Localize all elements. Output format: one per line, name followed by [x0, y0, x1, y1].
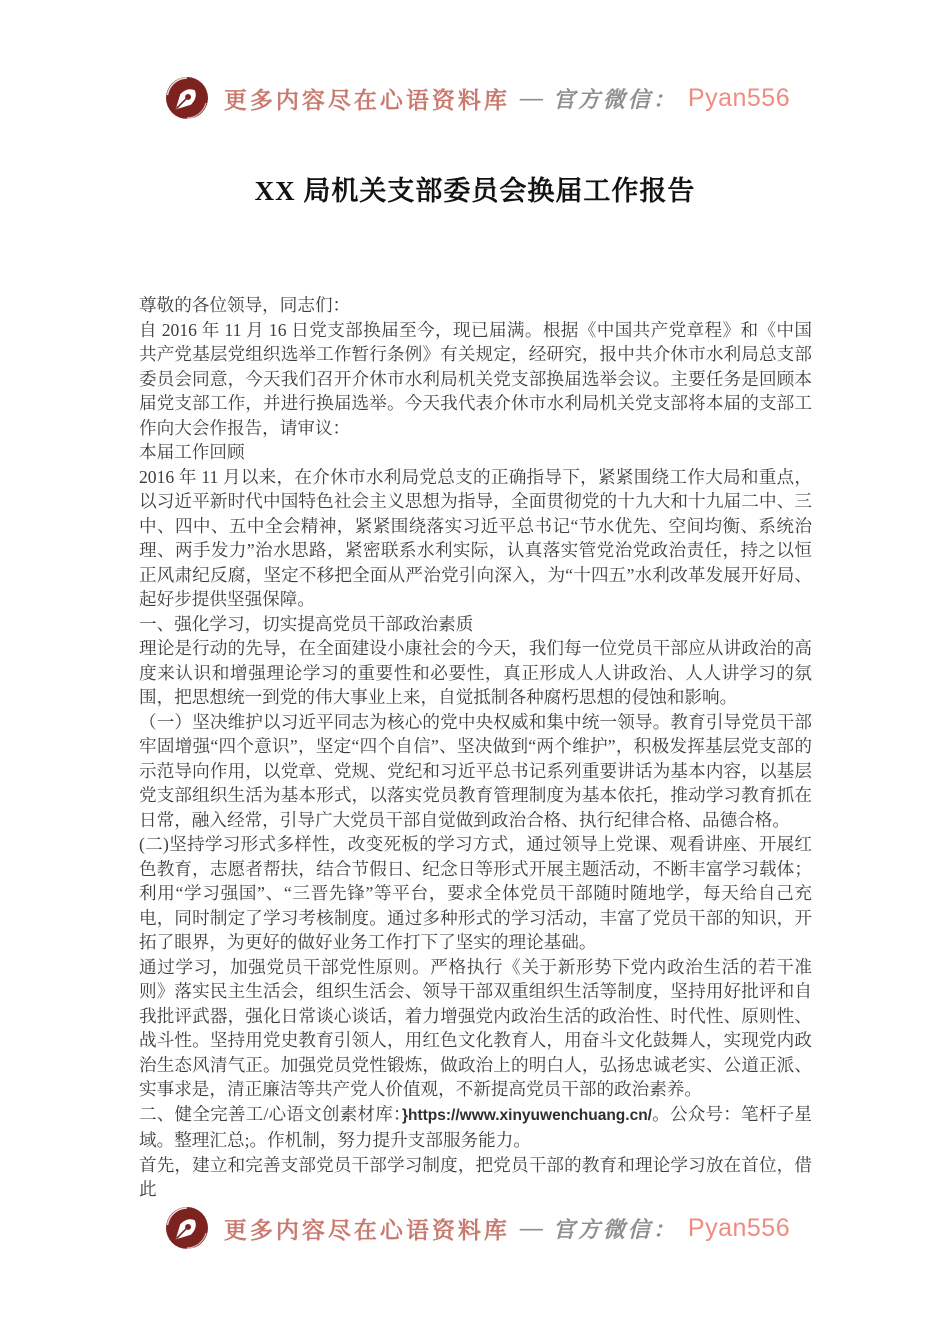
watermark-dash: —	[520, 1215, 543, 1241]
paragraph-one-item-1: （一）坚决维护以习近平同志为核心的党中央权威和集中统一领导。教育引导党员干部牢固…	[139, 710, 812, 833]
watermark-text: 更多内容尽在心语资料库	[224, 1212, 510, 1245]
pen-nib-logo-icon	[160, 70, 214, 126]
paragraph-one-item-3: 通过学习，加强党员干部党性原则。严格执行《关于新形势下党内政治生活的若干准则》落…	[139, 955, 812, 1102]
wechat-id: Pyan556	[688, 84, 790, 113]
watermark-text: 更多内容尽在心语资料库	[224, 82, 510, 115]
paragraph-section-one-heading: 一、强化学习，切实提高党员干部政治素质	[139, 612, 812, 637]
document-body: 尊敬的各位领导，同志们： 自 2016 年 11 月 16 日党支部换届至今，现…	[139, 293, 812, 1202]
watermark-dash: —	[520, 85, 543, 111]
paragraph-first-measure: 首先，建立和完善支部党员干部学习制度，把党员干部的教育和理论学习放在首位，借此	[139, 1153, 812, 1202]
paragraph-section-two: 二、健全完善工/心语文创素材库：}https://www.xinyuwenchu…	[139, 1102, 812, 1153]
paragraph-intro: 自 2016 年 11 月 16 日党支部换届至今，现已届满。根据《中国共产党章…	[139, 318, 812, 441]
paragraph-one-intro: 理论是行动的先导，在全面建设小康社会的今天，我们每一位党员干部应从讲政治的高度来…	[139, 636, 812, 710]
pen-nib-logo-icon	[160, 1200, 214, 1256]
wechat-id: Pyan556	[688, 1214, 790, 1243]
paragraph-review-overview: 2016 年 11 月以来，在介休市水利局党总支的正确指导下，紧紧围绕工作大局和…	[139, 465, 812, 612]
wechat-label: 官方微信：	[553, 83, 678, 114]
section-two-text-before: 二、健全完善工/心语文创素材库：	[139, 1104, 402, 1124]
footer-watermark: 更多内容尽在心语资料库—官方微信： Pyan556	[0, 1200, 950, 1256]
document-page: 更多内容尽在心语资料库—官方微信： Pyan556 XX 局机关支部委员会换届工…	[0, 0, 950, 1344]
inline-url[interactable]: }https://www.xinyuwenchuang.cn/	[402, 1107, 652, 1124]
paragraph-review-heading: 本届工作回顾	[139, 440, 812, 465]
paragraph-one-item-2: (二)坚持学习形式多样性，改变死板的学习方式，通过领导上党课、观看讲座、开展红色…	[139, 832, 812, 955]
header-watermark: 更多内容尽在心语资料库—官方微信： Pyan556	[0, 70, 950, 126]
paragraph-salutation: 尊敬的各位领导，同志们：	[139, 293, 812, 318]
wechat-label: 官方微信：	[553, 1213, 678, 1244]
document-title: XX 局机关支部委员会换届工作报告	[0, 169, 950, 208]
